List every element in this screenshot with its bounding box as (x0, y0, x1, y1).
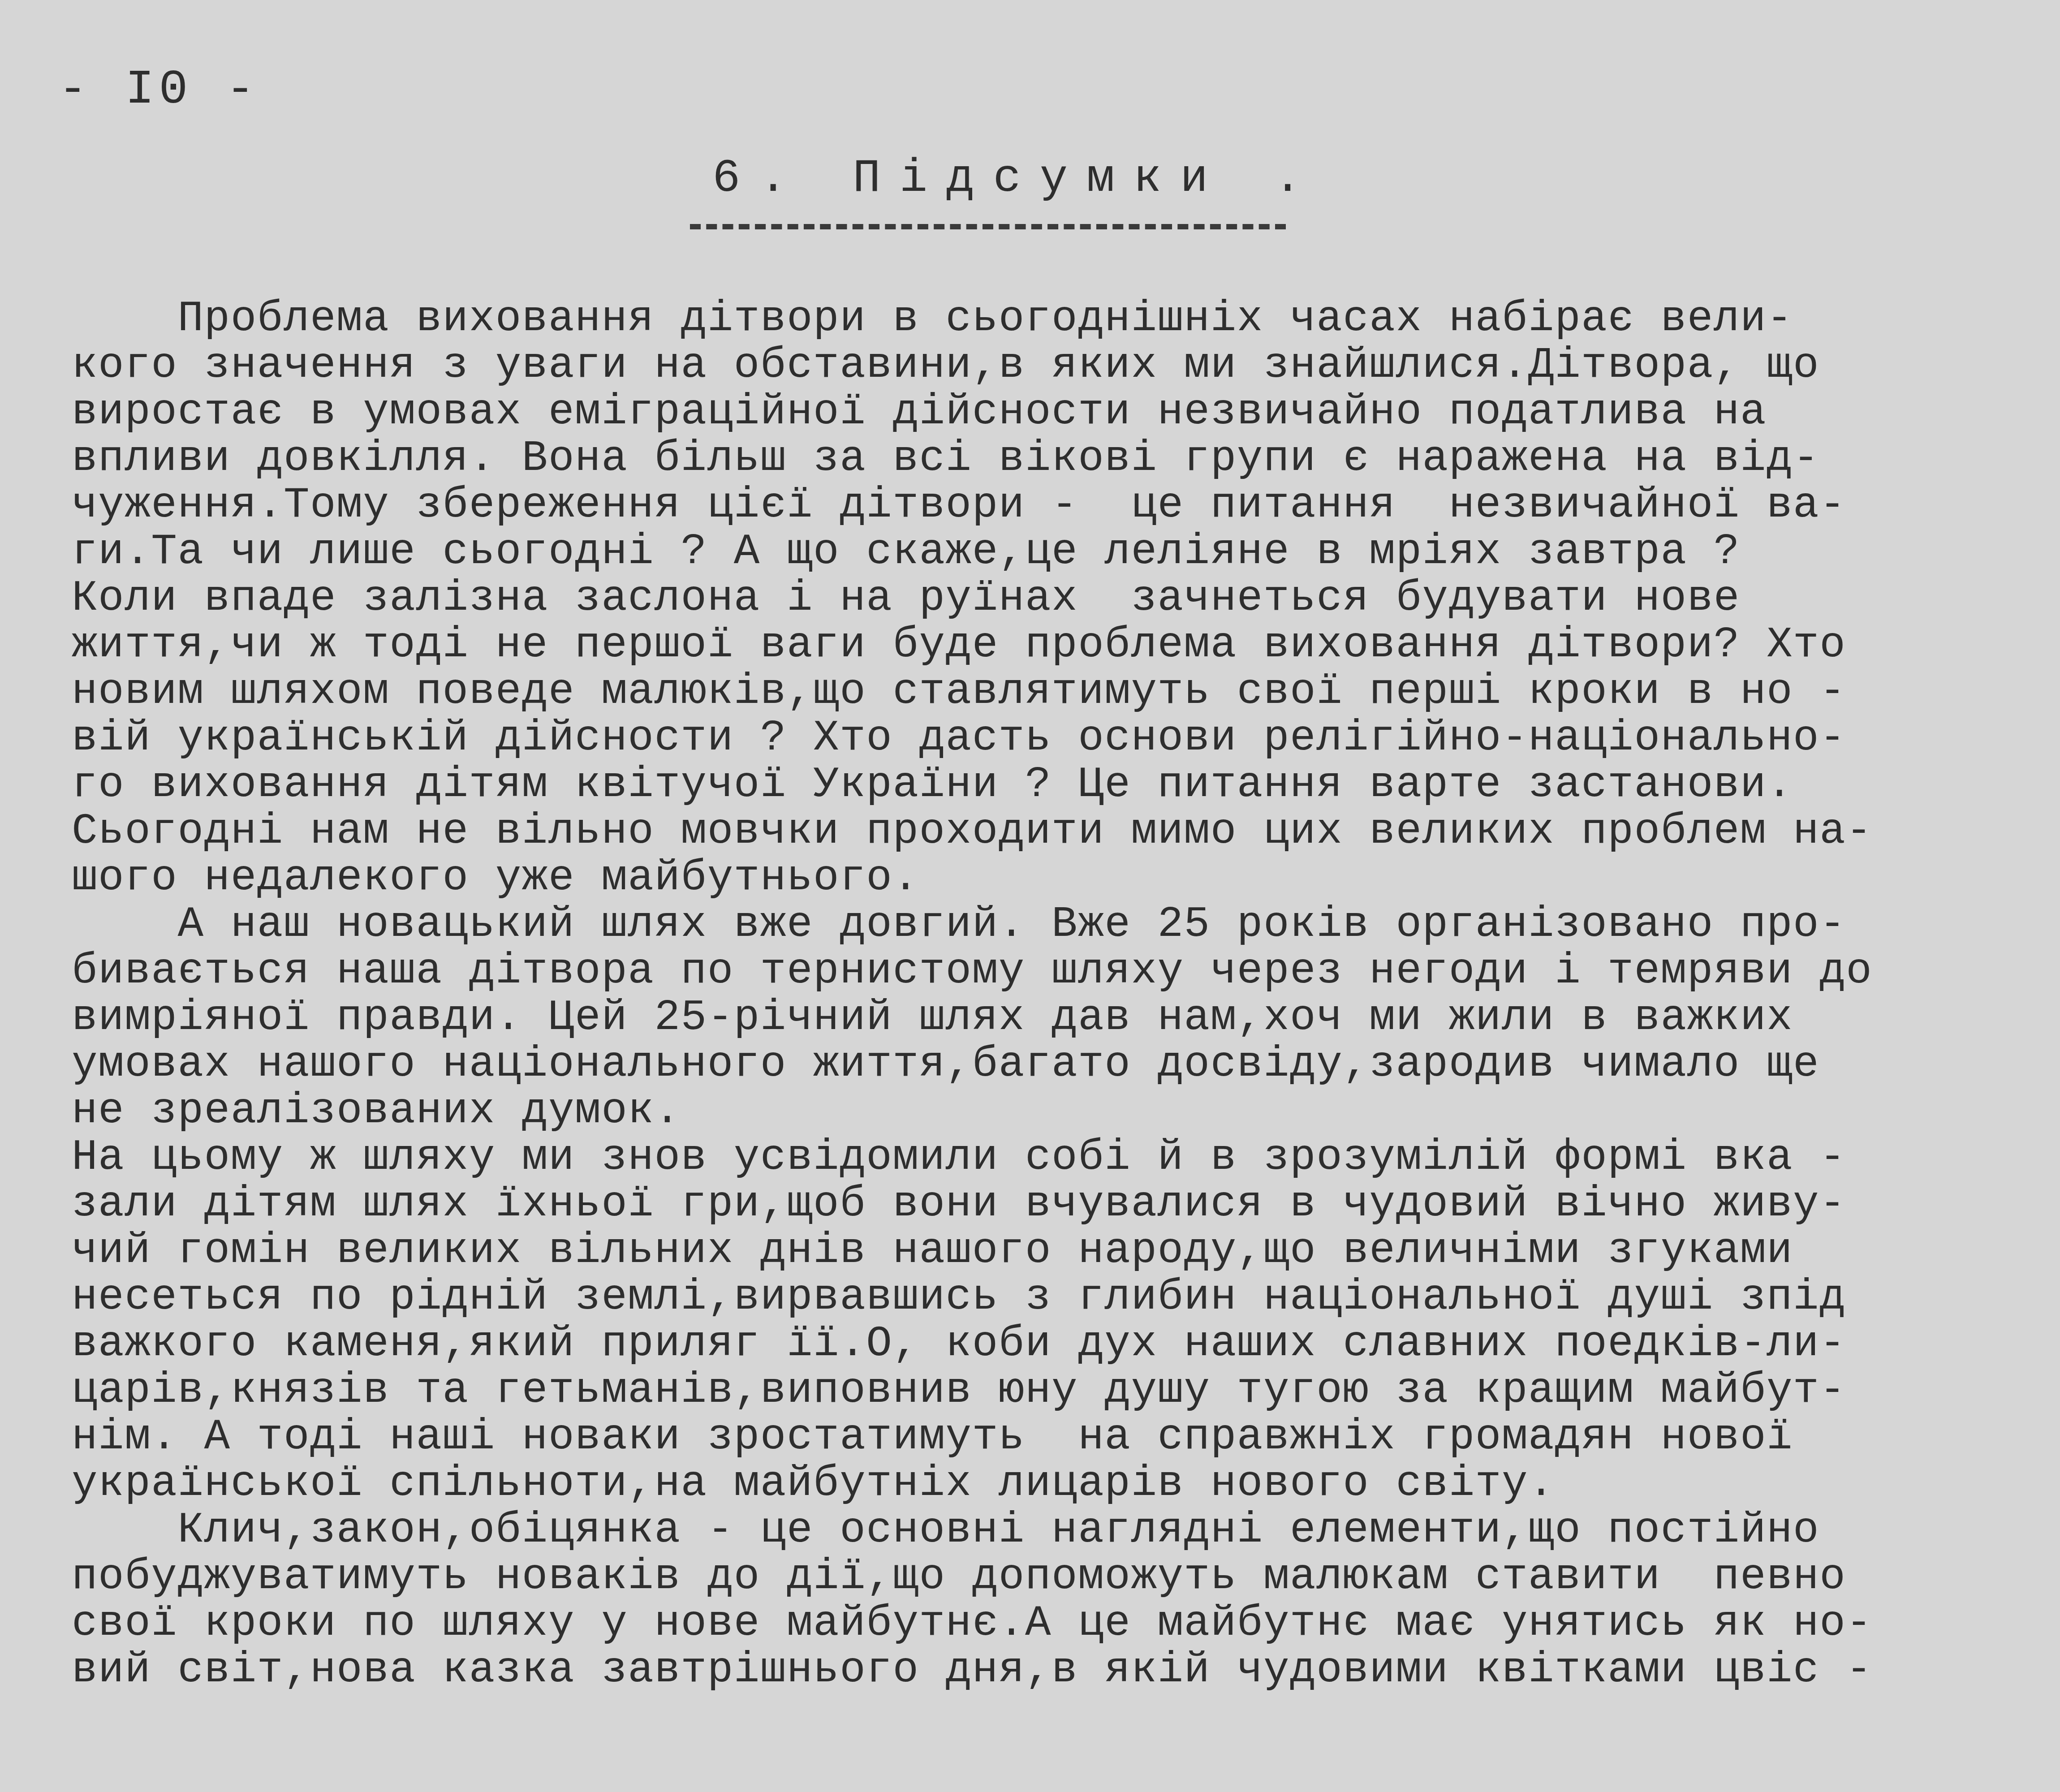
text-line: не зреалізованих думок. (72, 1088, 1998, 1134)
page-number: - I0 - (58, 63, 259, 117)
text-line: вій українській дійсности ? Хто дасть ос… (72, 715, 1998, 762)
text-line: нім. А тоді наші новаки зростатимуть на … (72, 1414, 1998, 1460)
text-line: впливи довкілля. Вона більш за всі віков… (72, 435, 1998, 482)
text-line: Сьогодні нам не вільно мовчки проходити … (72, 808, 1998, 855)
text-line: української спільноти,на майбутніх лицар… (72, 1460, 1998, 1507)
text-line: вий світ,нова казка завтрішнього дня,в я… (72, 1647, 1998, 1693)
text-line: несеться по рідній землі,вирвавшись з гл… (72, 1274, 1998, 1321)
text-line: життя,чи ж тоді не першої ваги буде проб… (72, 622, 1998, 668)
title-underline (690, 224, 1286, 229)
text-line: Клич,закон,обіцянка - це основні наглядн… (72, 1507, 1998, 1554)
body-text: Проблема виховання дітвори в сьогоднішні… (72, 296, 1998, 1693)
text-line: виростає в умовах еміграційної дійсности… (72, 389, 1998, 435)
text-line: ги.Та чи лише сьогодні ? А що скаже,це л… (72, 529, 1998, 575)
text-line: Проблема виховання дітвори в сьогоднішні… (72, 296, 1998, 342)
text-line: На цьому ж шляху ми знов усвідомили собі… (72, 1134, 1998, 1181)
text-line: новим шляхом поведе малюків,що ставлятим… (72, 668, 1998, 715)
section-title: 6. Підсумки . (712, 152, 1320, 205)
text-line: чий гомін великих вільних днів нашого на… (72, 1228, 1998, 1274)
text-line: зали дітям шлях їхньої гри,щоб вони вчув… (72, 1181, 1998, 1228)
text-line: царів,князів та гетьманів,виповнив юну д… (72, 1367, 1998, 1414)
text-line: важкого каменя,який приляг її.О, коби ду… (72, 1321, 1998, 1367)
text-line: А наш новацький шлях вже довгий. Вже 25 … (72, 901, 1998, 948)
text-line: кого значення з уваги на обставини,в яки… (72, 342, 1998, 389)
text-line: умовах нашого національного життя,багато… (72, 1041, 1998, 1088)
text-line: побуджуватимуть новаків до дії,що допомо… (72, 1554, 1998, 1600)
text-line: го виховання дітям квітучої України ? Це… (72, 762, 1998, 808)
text-line: вимріяної правди. Цей 25-річний шлях дав… (72, 995, 1998, 1041)
text-line: Коли впаде залізна заслона і на руїнах з… (72, 575, 1998, 622)
text-line: свої кроки по шляху у нове майбутнє.А це… (72, 1600, 1998, 1647)
text-line: шого недалекого уже майбутнього. (72, 855, 1998, 901)
text-line: бивається наша дітвора по тернистому шля… (72, 948, 1998, 995)
text-line: чуження.Тому збереження цієї дітвори - ц… (72, 482, 1998, 529)
